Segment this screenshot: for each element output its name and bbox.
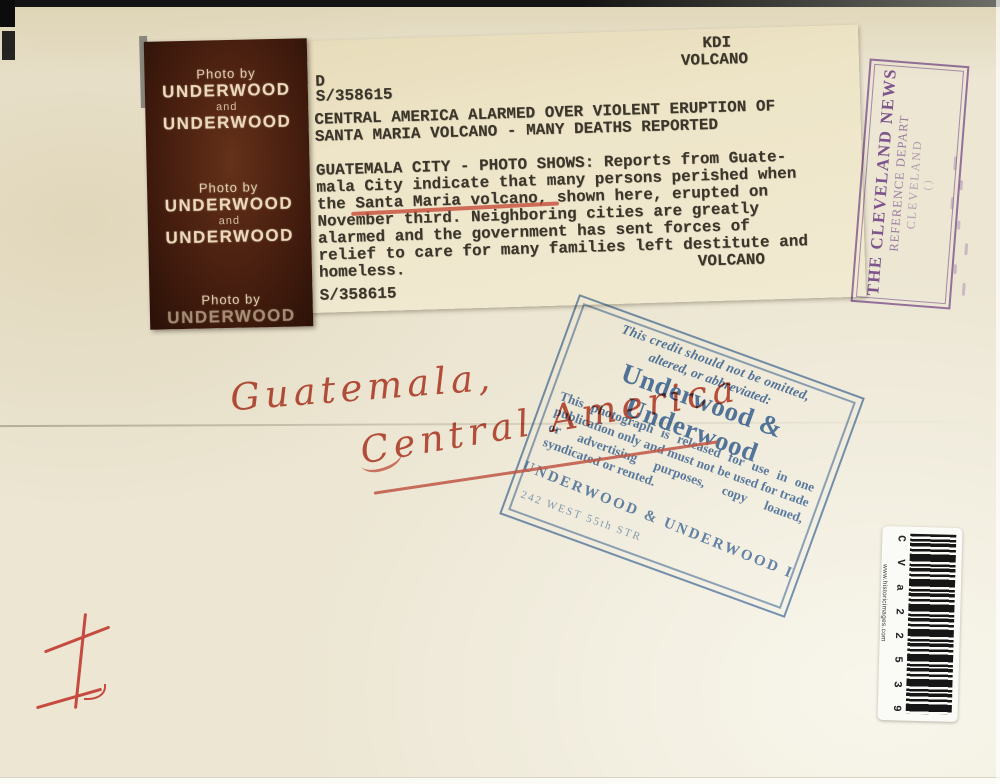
scanner-corner-mark-2 xyxy=(2,31,15,60)
caption-index-code: KDI xyxy=(702,34,731,52)
typed-caption-slip: KDI VOLCANO D S/358615 CENTRAL AMERICA A… xyxy=(292,25,866,314)
caption-serial-bottom: S/358615 xyxy=(319,285,396,304)
index-mark-cross-stroke xyxy=(44,626,110,654)
credit-block: Photo by UNDERWOOD and UNDERWOOD xyxy=(147,178,311,249)
photographer-credit-label: Photo by UNDERWOOD and UNDERWOOD Photo b… xyxy=(144,38,313,330)
barcode-char: 2 xyxy=(892,632,904,639)
barcode-sticker: C V a 2 2 5 3 9 www.historicimages.com xyxy=(877,526,962,722)
barcode-char: V xyxy=(894,559,906,566)
scanner-right-edge xyxy=(996,0,1000,784)
handwritten-guatemala: Guatemala, xyxy=(229,356,497,420)
cleveland-news-stamp: THE CLEVELAND NEWS REFERENCE DEPART CLEV… xyxy=(851,58,970,309)
barcode-char: 2 xyxy=(892,608,904,615)
credit-block-truncated: Photo by UNDERWOOD xyxy=(149,290,313,329)
barcode-char: 9 xyxy=(890,705,902,712)
barcode-url: www.historicimages.com xyxy=(878,564,888,694)
photo-verso-scan: KDI VOLCANO D S/358615 CENTRAL AMERICA A… xyxy=(0,0,1000,784)
credit-block: Photo by UNDERWOOD and UNDERWOOD xyxy=(144,64,308,135)
credit-underwood: UNDERWOOD xyxy=(145,111,308,135)
caption-serial-top: S/358615 xyxy=(316,87,393,106)
credit-underwood: UNDERWOOD xyxy=(150,305,313,329)
barcode-bars xyxy=(906,534,957,715)
scanner-bottom-edge xyxy=(0,777,1000,784)
credit-underwood: UNDERWOOD xyxy=(148,225,311,249)
caption-subject-top: VOLCANO xyxy=(681,51,749,70)
caption-subject-bottom: VOLCANO xyxy=(698,252,766,271)
barcode-char: 3 xyxy=(890,681,902,688)
barcode-human-readable: C V a 2 2 5 3 9 xyxy=(889,532,908,714)
barcode-char: 5 xyxy=(891,656,903,663)
caption-body-line: homeless. xyxy=(319,262,406,281)
cleveland-stamp-inner-border: THE CLEVELAND NEWS REFERENCE DEPART CLEV… xyxy=(856,64,964,304)
barcode-char: a xyxy=(893,584,905,591)
scanner-top-edge xyxy=(0,0,1000,7)
barcode-char: C xyxy=(894,535,906,542)
underwood-release-stamp: This credit should not be omitted, alter… xyxy=(499,294,865,618)
scanner-corner-mark xyxy=(0,0,15,27)
